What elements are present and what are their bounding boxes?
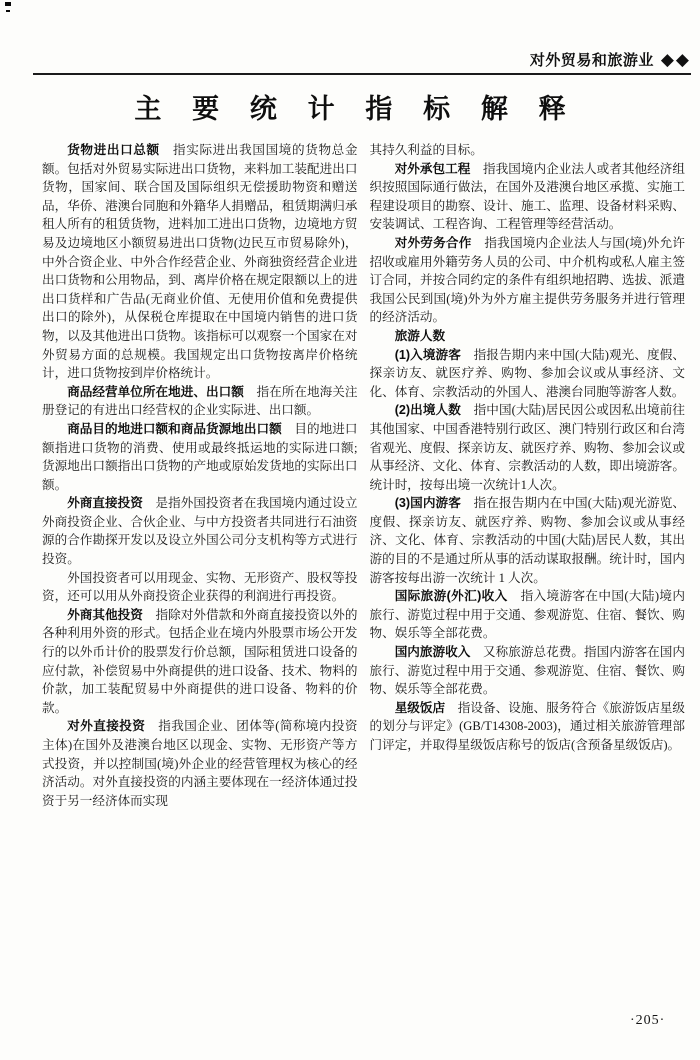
body-paragraph: 外国投资者可以用现金、实物、无形资产、股权等投资，还可以用从外商投资企业获得的利… <box>42 569 358 606</box>
definition-paragraph: 对外直接投资 指我国企业、团体等(简称境内投资主体)在国外及港澳台地区以现金、实… <box>42 717 358 810</box>
term-label: 国内旅游收入 <box>395 645 471 659</box>
running-header: 对外贸易和旅游业◆◆ <box>530 49 691 70</box>
term-label: 商品经营单位所在地进、出口额 <box>67 385 244 399</box>
definition-paragraph: 商品目的地进口额和商品货源地出口额 目的地进口额指进口货物的消费、使用或最终抵运… <box>42 420 358 494</box>
term-label: 对外直接投资 <box>67 719 145 733</box>
running-header-section-title: 对外贸易和旅游业 <box>530 52 654 69</box>
body-paragraph: 其持久利益的目标。 <box>370 141 686 160</box>
definition-paragraph: (2)出境人数 指中国(大陆)居民因公或因私出境前往其他国家、中国香港特别行政区… <box>370 401 686 494</box>
left-text-column: 货物进出口总额 指实际进出我国国境的货物总金额。包括对外贸易实际进出口货物，来料… <box>42 141 358 810</box>
definition-paragraph: 国内旅游收入 又称旅游总花费。指国内游客在国内旅行、游览过程中用于交通、参观游览… <box>370 643 686 699</box>
term-label: (3)国内游客 <box>395 496 461 510</box>
two-column-body: 货物进出口总额 指实际进出我国国境的货物总金额。包括对外贸易实际进出口货物，来料… <box>42 141 685 810</box>
definition-paragraph: (1)入境游客 指报告期内来中国(大陆)观光、度假、探亲访友、就医疗养、购物、参… <box>370 346 686 402</box>
term-label: (2)出境人数 <box>395 403 461 417</box>
page-title: 主 要 统 计 指 标 解 释 <box>0 87 700 126</box>
term-label: 国际旅游(外汇)收入 <box>395 589 508 603</box>
page-number: ·205· <box>630 1013 665 1029</box>
term-label: 商品目的地进口额和商品货源地出口额 <box>67 422 282 436</box>
term-label: 外商直接投资 <box>67 496 143 510</box>
diamond-icons: ◆◆ <box>661 50 691 70</box>
term-label: 旅游人数 <box>395 329 445 343</box>
definition-paragraph: 对外承包工程 指我国境内企业法人或者其他经济组织按照国际通行做法，在国外及港澳台… <box>370 160 686 234</box>
right-text-column: 其持久利益的目标。对外承包工程 指我国境内企业法人或者其他经济组织按照国际通行做… <box>370 141 686 810</box>
header-divider-rule <box>33 73 691 75</box>
term-label: 星级饭店 <box>395 701 446 715</box>
definition-paragraph: 星级饭店 指设备、设施、服务符合《旅游饭店星级的划分与评定》(GB/T14308… <box>370 699 686 755</box>
scanned-document-page: 对外贸易和旅游业◆◆ 主 要 统 计 指 标 解 释 货物进出口总额 指实际进出… <box>0 0 700 1060</box>
definition-paragraph: 商品经营单位所在地进、出口额 指在所在地海关注册登记的有进出口经营权的企业实际进… <box>42 383 358 420</box>
term-label: 对外承包工程 <box>395 162 471 176</box>
definition-paragraph: 国际旅游(外汇)收入 指入境游客在中国(大陆)境内旅行、游览过程中用于交通、参观… <box>370 587 686 643</box>
term-label: 货物进出口总额 <box>67 143 160 157</box>
term-label: 对外劳务合作 <box>395 236 472 250</box>
definition-paragraph: 旅游人数 <box>370 327 686 346</box>
term-label: (1)入境游客 <box>395 348 461 362</box>
scan-artifact-mark <box>5 2 11 6</box>
definition-paragraph: (3)国内游客 指在报告期内在中国(大陆)观光游览、度假、探亲访友、就医疗养、购… <box>370 494 686 587</box>
definition-paragraph: 对外劳务合作 指我国境内企业法人与国(境)外允许招收或雇用外籍劳务人员的公司、中… <box>370 234 686 327</box>
definition-paragraph: 外商直接投资 是指外国投资者在我国境内通过设立外商投资企业、合伙企业、与中方投资… <box>42 494 358 568</box>
definition-paragraph: 货物进出口总额 指实际进出我国国境的货物总金额。包括对外贸易实际进出口货物，来料… <box>42 141 358 383</box>
definition-paragraph: 外商其他投资 指除对外借款和外商直接投资以外的各种利用外资的形式。包括企业在境内… <box>42 606 358 718</box>
term-label: 外商其他投资 <box>67 608 143 622</box>
